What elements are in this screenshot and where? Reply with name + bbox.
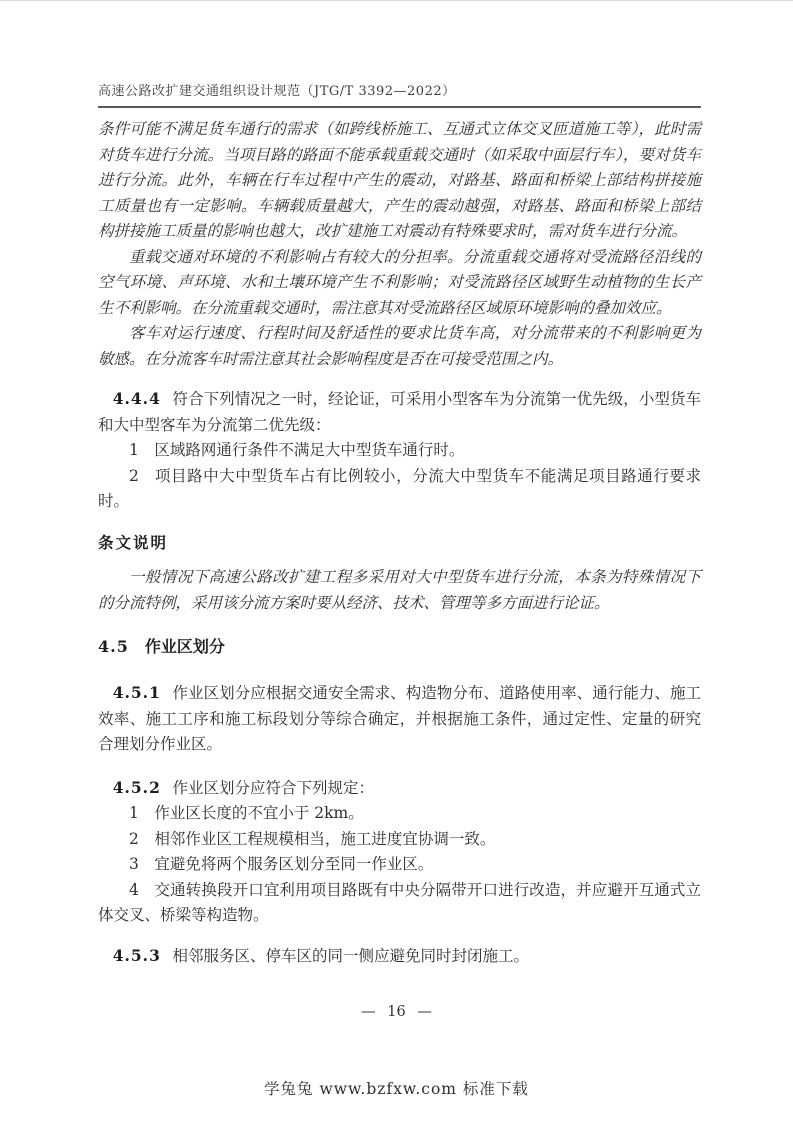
page-content: 高速公路改扩建交通组织设计规范（JTG/T 3392—2022） 条件可能不满足… xyxy=(98,84,701,969)
item-text: 区域路网通行条件不满足大中型货车通行时。 xyxy=(154,441,464,459)
clause-4-5-1: 4.5.1作业区划分应根据交通安全需求、构造物分布、道路使用率、通行能力、施工效… xyxy=(98,680,701,758)
item-number: 1 xyxy=(129,804,139,822)
document-page: 高速公路改扩建交通组织设计规范（JTG/T 3392—2022） 条件可能不满足… xyxy=(0,0,793,1122)
page-header-title: 高速公路改扩建交通组织设计规范（JTG/T 3392—2022） xyxy=(98,84,701,108)
paragraph: 重载交通对环境的不利影响占有较大的分担率。分流重载交通将对受流路径沿线的空气环境… xyxy=(98,245,701,322)
commentary-paragraph: 一般情况下高速公路改扩建工程多采用对大中型货车进行分流，本条为特殊情况下的分流特… xyxy=(98,565,701,616)
clause-4-4-4: 4.4.4符合下列情况之一时，经论证，可采用小型客车为分流第一优先级，小型货车和… xyxy=(98,386,701,515)
clause-text: 相邻服务区、停车区的同一侧应避免同时封闭施工。 xyxy=(173,947,530,965)
clause-text: 作业区划分应符合下列规定： xyxy=(173,779,375,797)
clause-number: 4.5.1 xyxy=(113,683,161,702)
clause-head: 4.4.4符合下列情况之一时，经论证，可采用小型客车为分流第一优先级，小型货车和… xyxy=(98,386,701,438)
item-number: 2 xyxy=(129,830,139,848)
item-text: 作业区长度的不宜小于 2km。 xyxy=(154,804,363,822)
item-text: 相邻作业区工程规模相当，施工进度宜协调一致。 xyxy=(154,830,495,848)
page-number: — 16 — xyxy=(0,1004,793,1020)
clause-head: 4.5.2作业区划分应符合下列规定： xyxy=(98,775,701,802)
clause-item: 1作业区长度的不宜小于 2km。 xyxy=(98,801,701,827)
clause-4-5-3: 4.5.3相邻服务区、停车区的同一侧应避免同时封闭施工。 xyxy=(98,943,701,970)
clause-number: 4.4.4 xyxy=(113,389,161,408)
commentary-heading: 条文说明 xyxy=(98,530,701,556)
clause-number: 4.5.2 xyxy=(113,778,161,797)
item-text: 宜避免将两个服务区划分至同一作业区。 xyxy=(154,855,433,873)
section-title: 作业区划分 xyxy=(145,637,225,656)
clause-item: 1区域路网通行条件不满足大中型货车通行时。 xyxy=(98,438,701,464)
clause-item: 2项目路中大中型货车占有比例较小，分流大中型货车不能满足项目路通行要求时。 xyxy=(98,464,701,515)
watermark-footer: 学兔兔 www.bzfxw.com 标准下载 xyxy=(0,1077,793,1099)
clause-text: 符合下列情况之一时，经论证，可采用小型客车为分流第一优先级，小型货车和大中型客车… xyxy=(98,390,701,434)
clause-4-5-2: 4.5.2作业区划分应符合下列规定： 1作业区长度的不宜小于 2km。 2相邻作… xyxy=(98,775,701,929)
clause-item: 3宜避免将两个服务区划分至同一作业区。 xyxy=(98,852,701,878)
clause-text: 作业区划分应根据交通安全需求、构造物分布、道路使用率、通行能力、施工效率、施工工… xyxy=(98,684,701,753)
clause-number: 4.5.3 xyxy=(113,946,161,965)
item-text: 项目路中大中型货车占有比例较小，分流大中型货车不能满足项目路通行要求时。 xyxy=(98,467,701,511)
item-number: 3 xyxy=(129,855,139,873)
item-text: 交通转换段开口宜利用项目路既有中央分隔带开口进行改造，并应避开互通式立体交叉、桥… xyxy=(98,881,701,925)
paragraph: 客车对运行速度、行程时间及舒适性的要求比货车高，对分流带来的不利影响更为敏感。在… xyxy=(98,321,701,372)
item-number: 1 xyxy=(129,441,139,459)
section-heading-4-5: 4.5作业区划分 xyxy=(98,634,701,660)
paragraph: 条件可能不满足货车通行的需求（如跨线桥施工、互通式立体交叉匝道施工等），此时需对… xyxy=(98,117,701,245)
item-number: 4 xyxy=(129,881,139,899)
clause-item: 2相邻作业区工程规模相当，施工进度宜协调一致。 xyxy=(98,827,701,853)
clause-item: 4交通转换段开口宜利用项目路既有中央分隔带开口进行改造，并应避开互通式立体交叉、… xyxy=(98,878,701,929)
item-number: 2 xyxy=(129,467,139,485)
section-number: 4.5 xyxy=(98,637,129,656)
